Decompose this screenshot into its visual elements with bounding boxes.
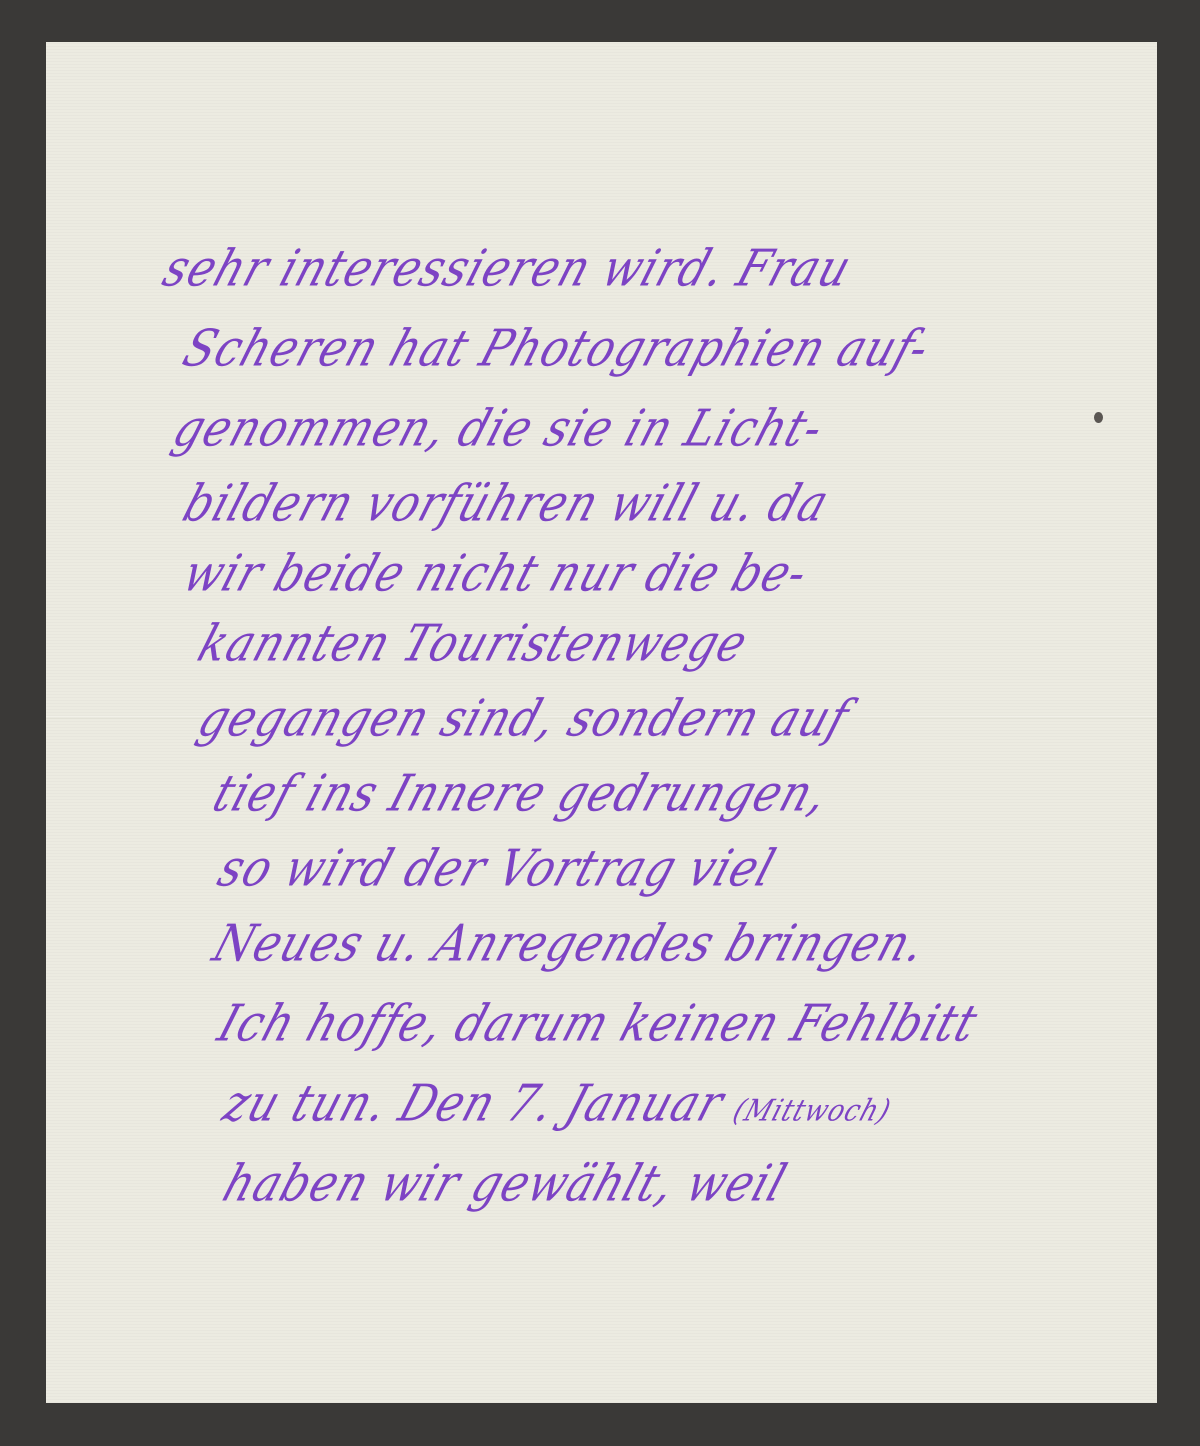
handwritten-line-12: zu tun. Den 7. Januar (Mittwoch) [216, 1074, 902, 1133]
handwritten-line-11: Ich hoffe, darum keinen Fehlbitt [211, 994, 985, 1053]
margin-annotation: (Mittwoch) [729, 1094, 896, 1129]
handwritten-line-13: haben wir gewählt, weil [216, 1154, 794, 1213]
letter-page: sehr interessieren wird. Frau Scheren ha… [46, 42, 1157, 1403]
line-12-text: zu tun. Den 7. Januar [216, 1074, 731, 1133]
handwritten-line-3: genommen, die sie in Licht- [166, 399, 831, 458]
handwritten-line-1: sehr interessieren wird. Frau [156, 239, 859, 298]
binding-pin-mark [1094, 412, 1103, 423]
handwritten-line-2: Scheren hat Photographien auf- [176, 319, 937, 378]
handwritten-line-5: wir beide nicht nur die be- [176, 544, 815, 603]
handwritten-line-10: Neues u. Anregendes bringen. [206, 914, 933, 973]
handwritten-line-8: tief ins Innere gedrungen, [206, 764, 836, 823]
handwritten-line-9: so wird der Vortrag viel [211, 839, 783, 898]
handwritten-line-6: kannten Touristenwege [191, 614, 755, 673]
handwritten-line-4: bildern vorführen will u. da [176, 474, 836, 533]
handwritten-line-7: gegangen sind, sondern auf [191, 689, 856, 748]
